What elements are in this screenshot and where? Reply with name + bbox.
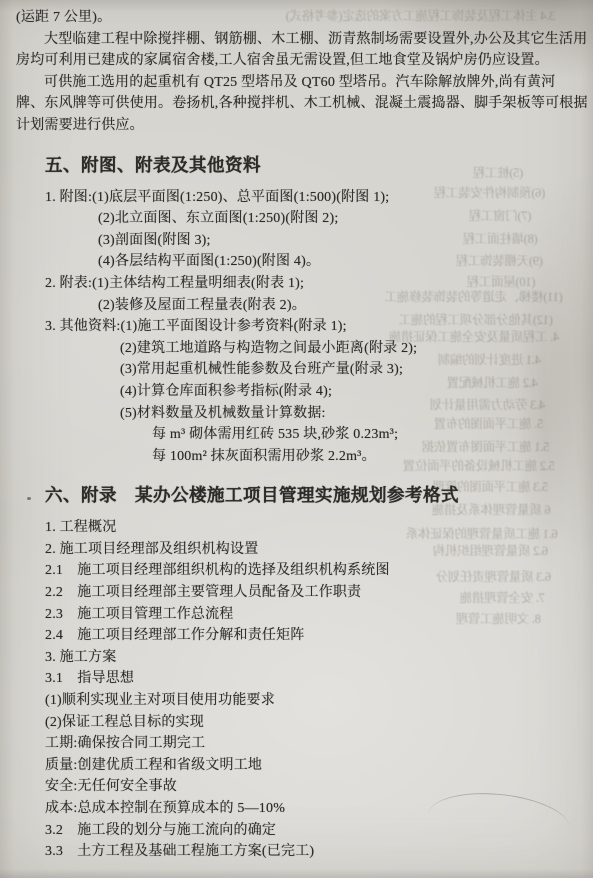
doc-line: 计划需要进行供应。 — [16, 115, 585, 137]
paper-smudge — [515, 250, 575, 580]
doc-line: (1)顺利实现业主对项目使用功能要求 — [16, 690, 585, 712]
doc-line: 2.2 施工项目经理部主要管理人员配备及工作职责 — [16, 582, 585, 604]
doc-line: 3. 其他资料:(1)施工平面图设计参考资料(附录 1); — [16, 316, 585, 338]
doc-line: 1. 附图:(1)底层平面图(1:250)、总平面图(1:500)(附图 1); — [16, 187, 585, 209]
section-heading: 五、附图、附表及其他资料 — [16, 152, 585, 178]
doc-line: (3)常用起重机械性能参数及台班产量(附录 3); — [16, 359, 585, 381]
doc-line: 2. 施工项目经理部及组织机构设置 — [16, 539, 585, 561]
doc-line: 3. 施工方案 — [16, 647, 585, 669]
doc-line: 每 100m² 抹灰面积需用砂浆 2.2m³。 — [16, 446, 585, 468]
doc-line: 可供施工选用的起重机有 QT25 型塔吊及 QT60 型塔吊。汽车除解放牌外,尚… — [16, 72, 585, 94]
section-heading: 六、附录 某办公楼施工项目管理实施规划参考格式 — [16, 482, 585, 508]
doc-line: 2.3 施工项目管理工作总流程 — [16, 604, 585, 626]
doc-line: (4)计算仓库面积参考指标(附录 4); — [16, 381, 585, 403]
doc-line: 2. 附表:(1)主体结构工程量明细表(附表 1); — [16, 273, 585, 295]
doc-line: (2)建筑工地道路与构造物之间最小距离(附录 2); — [16, 338, 585, 360]
doc-line: 牌、东风牌等可供使用。卷扬机,各种搅拌机、木工机械、混凝土震捣器、脚手架板等可根… — [16, 93, 585, 115]
doc-line: 2.1 施工项目经理部组织机构的选择及组织机构系统图 — [16, 560, 585, 582]
doc-line: 工期:确保按合同工期完工 — [16, 733, 585, 755]
ink-dot — [27, 497, 31, 500]
doc-line: (2)保证工程总目标的实现 — [16, 712, 585, 734]
doc-line: (3)剖面图(附图 3); — [16, 230, 585, 252]
doc-line: 1. 工程概况 — [16, 517, 585, 539]
doc-line: (2)装修及屋面工程量表(附表 2)。 — [16, 295, 585, 317]
doc-line: (2)北立面图、东立面图(1:250)(附图 2); — [16, 208, 585, 230]
doc-line: (5)材料数量及机械数量计算数据: — [16, 403, 585, 425]
scanned-document-page: 3.4 主体工程及装饰工程施工方案的选定(参考格式)(5)桩工程(6)预制构件安… — [0, 0, 593, 878]
document-text: (运距 7 公里)。大型临建工程中除搅拌棚、钢筋棚、木工棚、沥青熬制场需要设置外… — [16, 7, 585, 863]
doc-line: 3.1 指导思想 — [16, 668, 585, 690]
doc-line: 房均可利用已建成的家属宿舍楼,工人宿舍虽无需设置,但工地食堂及锅炉房仍应设置。 — [16, 50, 585, 72]
doc-line: 2.4 施工项目经理部工作分解和责任矩阵 — [16, 625, 585, 647]
doc-line: (4)各层结构平面图(1:250)(附图 4)。 — [16, 251, 585, 273]
doc-line: 质量:创建优质工程和省级文明工地 — [16, 755, 585, 777]
doc-line: (运距 7 公里)。 — [16, 7, 585, 29]
doc-line: 大型临建工程中除搅拌棚、钢筋棚、木工棚、沥青熬制场需要设置外,办公及其它生活用 — [16, 29, 585, 51]
doc-line: 每 m³ 砌体需用红砖 535 块,砂浆 0.23m³; — [16, 424, 585, 446]
